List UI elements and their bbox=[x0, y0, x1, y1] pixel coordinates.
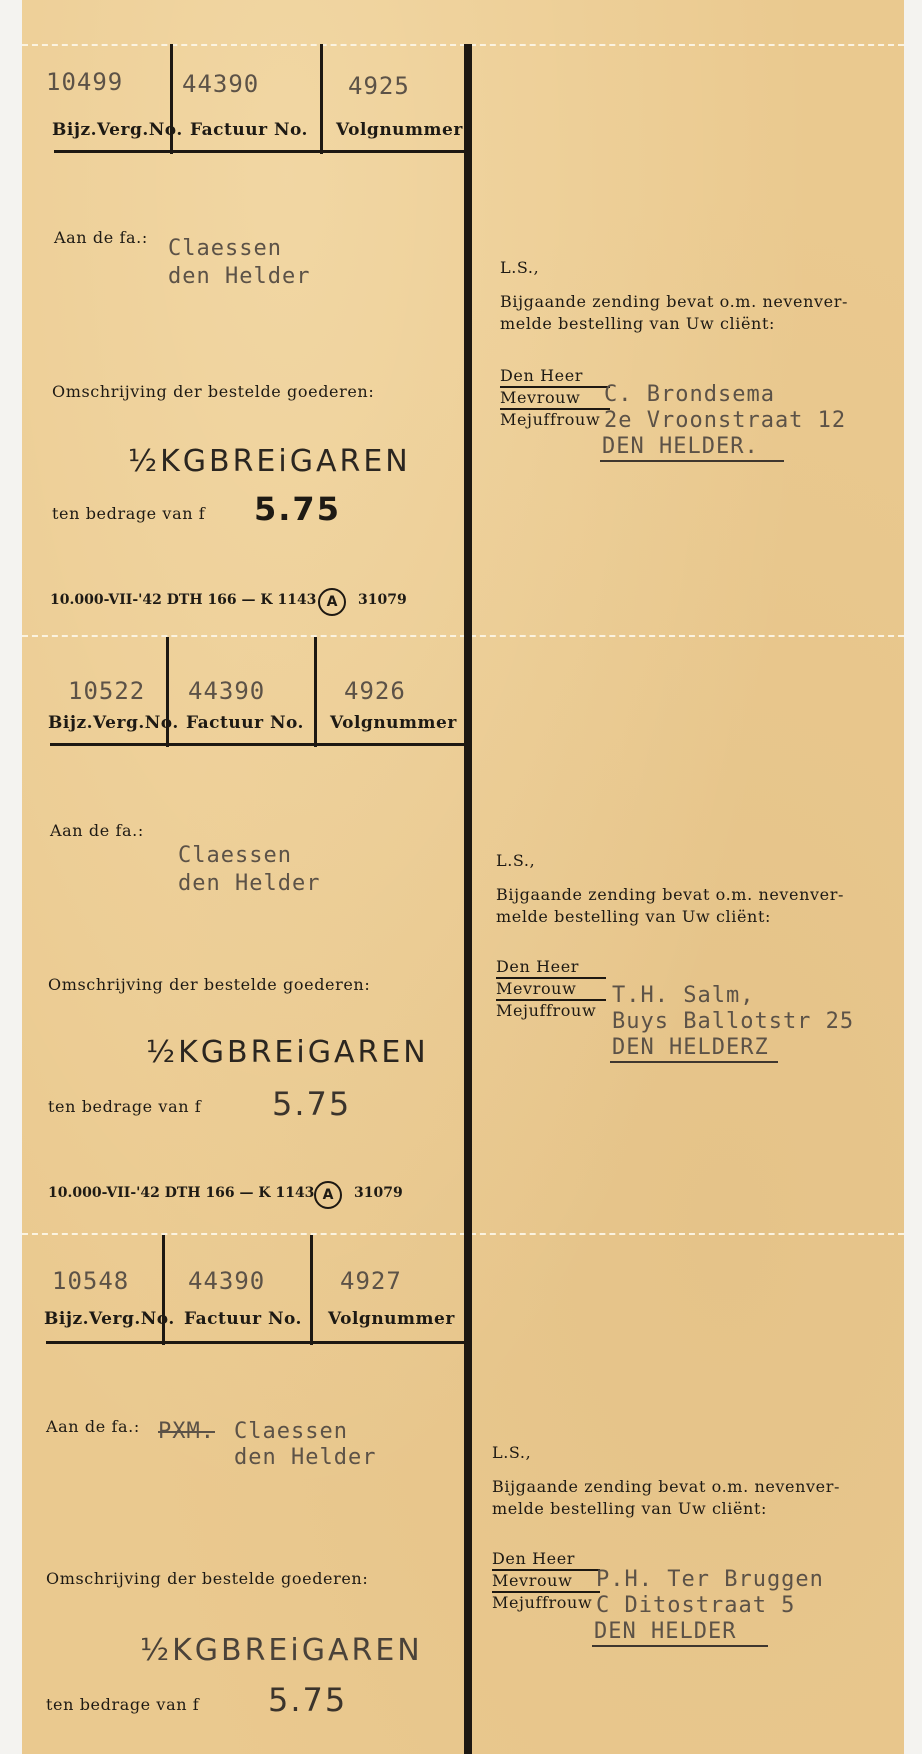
bijz-verg-no-label: Bijz.Verg.No. bbox=[48, 713, 179, 733]
aan-de-fa-label: Aan de fa.: bbox=[50, 821, 144, 840]
salutation: L.S., bbox=[492, 1443, 531, 1462]
city-underline bbox=[600, 460, 784, 462]
factuur-no-value: 44390 bbox=[188, 1267, 265, 1295]
aan-de-fa-label: Aan de fa.: bbox=[46, 1417, 140, 1436]
goods-description-label: Omschrijving der bestelde goederen: bbox=[52, 382, 374, 401]
mevrouw-label: Mevrouw bbox=[496, 979, 576, 998]
bijz-verg-no-label: Bijz.Verg.No. bbox=[52, 120, 183, 140]
body-line-1: Bijgaande zending bevat o.m. nevenver- bbox=[500, 292, 848, 311]
mejuffrouw-label: Mejuffrouw bbox=[500, 410, 600, 429]
amount-label: ten bedrage van f bbox=[48, 1097, 201, 1116]
cell-divider bbox=[320, 44, 323, 154]
bijz-verg-no-value: 10499 bbox=[46, 68, 123, 96]
body-line-1: Bijgaande zending bevat o.m. nevenver- bbox=[496, 885, 844, 904]
firm-name: Claessen bbox=[234, 1419, 348, 1444]
print-number: 31079 bbox=[358, 592, 407, 608]
header-underline bbox=[50, 743, 464, 746]
factuur-no-value: 44390 bbox=[188, 677, 265, 705]
den-heer-label: Den Heer bbox=[496, 957, 579, 976]
firm-name: Claessen bbox=[178, 843, 292, 868]
firm-prefix-struck: PXM. bbox=[158, 1419, 215, 1444]
mevrouw-label: Mevrouw bbox=[492, 1571, 572, 1590]
goods-stamp: ½KGBREiGAREN bbox=[146, 1035, 429, 1070]
print-code: 10.000-VII-'42 DTH 166 — K 1143 bbox=[48, 1185, 314, 1201]
den-heer-label: Den Heer bbox=[500, 366, 583, 385]
amount-label: ten bedrage van f bbox=[46, 1695, 199, 1714]
cell-divider bbox=[314, 637, 317, 747]
body-line-2: melde bestelling van Uw cliënt: bbox=[500, 314, 775, 333]
header-underline bbox=[54, 150, 464, 153]
header-underline bbox=[46, 1341, 464, 1344]
client-city: DEN HELDERZ bbox=[612, 1035, 769, 1060]
client-city: DEN HELDER. bbox=[602, 434, 759, 459]
volgnummer-value: 4925 bbox=[348, 72, 410, 100]
order-slip-sheet: 10499 44390 4925 Bijz.Verg.No. Factuur N… bbox=[22, 0, 904, 1754]
den-heer-label: Den Heer bbox=[492, 1549, 575, 1568]
amount-value: 5.75 bbox=[272, 1085, 351, 1123]
bijz-verg-no-value: 10548 bbox=[52, 1267, 129, 1295]
client-street: 2e Vroonstraat 12 bbox=[604, 408, 846, 433]
bijz-verg-no-label: Bijz.Verg.No. bbox=[44, 1309, 175, 1329]
volgnummer-label: Volgnummer bbox=[330, 713, 457, 733]
city-underline bbox=[592, 1645, 768, 1647]
factuur-no-label: Factuur No. bbox=[190, 120, 308, 140]
client-name: P.H. Ter Bruggen bbox=[596, 1567, 824, 1592]
body-line-2: melde bestelling van Uw cliënt: bbox=[496, 907, 771, 926]
goods-stamp: ½KGBREiGAREN bbox=[140, 1633, 423, 1668]
mejuffrouw-label: Mejuffrouw bbox=[496, 1001, 596, 1020]
slip-3: 10548 44390 4927 Bijz.Verg.No. Factuur N… bbox=[22, 1235, 904, 1754]
body-line-1: Bijgaande zending bevat o.m. nevenver- bbox=[492, 1477, 840, 1496]
client-street: C Ditostraat 5 bbox=[596, 1593, 795, 1618]
mevrouw-label: Mevrouw bbox=[500, 388, 580, 407]
factuur-no-value: 44390 bbox=[182, 70, 259, 98]
goods-description-label: Omschrijving der bestelde goederen: bbox=[46, 1569, 368, 1588]
salutation: L.S., bbox=[500, 258, 539, 277]
print-number: 31079 bbox=[354, 1185, 403, 1201]
slip-1: 10499 44390 4925 Bijz.Verg.No. Factuur N… bbox=[22, 44, 904, 634]
firm-city: den Helder bbox=[234, 1445, 376, 1470]
city-underline bbox=[610, 1061, 778, 1063]
aan-de-fa-label: Aan de fa.: bbox=[54, 228, 148, 247]
amount-label: ten bedrage van f bbox=[52, 504, 205, 523]
printer-logo-icon: A bbox=[318, 588, 346, 616]
volgnummer-label: Volgnummer bbox=[336, 120, 463, 140]
volgnummer-value: 4927 bbox=[340, 1267, 402, 1295]
factuur-no-label: Factuur No. bbox=[186, 713, 304, 733]
client-city: DEN HELDER bbox=[594, 1619, 736, 1644]
amount-value: 5.75 bbox=[268, 1681, 347, 1719]
firm-city: den Helder bbox=[168, 264, 310, 289]
amount-value: 5.75 bbox=[254, 490, 341, 528]
slip-2: 10522 44390 4926 Bijz.Verg.No. Factuur N… bbox=[22, 637, 904, 1233]
body-line-2: melde bestelling van Uw cliënt: bbox=[492, 1499, 767, 1518]
factuur-no-label: Factuur No. bbox=[184, 1309, 302, 1329]
goods-stamp: ½KGBREiGAREN bbox=[128, 444, 411, 479]
firm-city: den Helder bbox=[178, 871, 320, 896]
client-name: C. Brondsema bbox=[604, 382, 775, 407]
firm-name: Claessen bbox=[168, 236, 282, 261]
goods-description-label: Omschrijving der bestelde goederen: bbox=[48, 975, 370, 994]
salutation: L.S., bbox=[496, 851, 535, 870]
mejuffrouw-label: Mejuffrouw bbox=[492, 1593, 592, 1612]
client-name: T.H. Salm, bbox=[612, 983, 754, 1008]
bijz-verg-no-value: 10522 bbox=[68, 677, 145, 705]
printer-logo-icon: A bbox=[314, 1181, 342, 1209]
cell-divider bbox=[310, 1235, 313, 1345]
volgnummer-label: Volgnummer bbox=[328, 1309, 455, 1329]
volgnummer-value: 4926 bbox=[344, 677, 406, 705]
client-street: Buys Ballotstr 25 bbox=[612, 1009, 854, 1034]
print-code: 10.000-VII-'42 DTH 166 — K 1143 bbox=[50, 592, 316, 608]
